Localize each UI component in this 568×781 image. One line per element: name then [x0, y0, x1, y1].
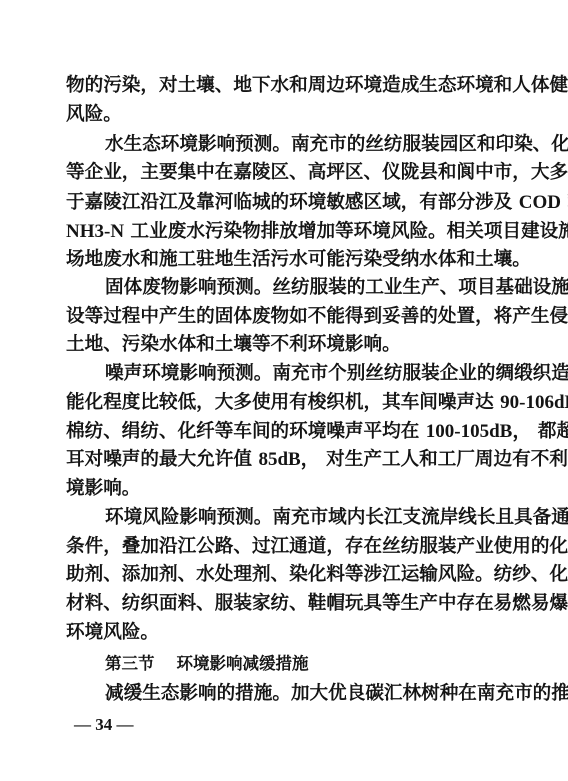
paragraph-line: 水生态环境影响预测。南充市的丝纺服装园区和印染、化纤 — [105, 133, 500, 157]
paragraph-line: 条件，叠加沿江公路、过江通道，存在丝纺服装产业使用的化工 — [66, 535, 500, 559]
line-text: 都超过人 — [538, 421, 568, 442]
line-text: 能化程度比较低，大多使用有梭织机，其车间噪声达 — [66, 392, 494, 413]
paragraph-line: 场地废水和施工驻地生活污水可能污染受纳水体和土壤。 — [66, 248, 531, 272]
line-text: 耳对噪声的最大允许值 — [66, 449, 252, 470]
paragraph-line: 等企业，主要集中在嘉陵区、高坪区、仪陇县和阆中市，大多位 — [66, 161, 500, 185]
term-noise-range-2: 100-105dB， — [426, 421, 532, 442]
paragraph-line: 材料、纺织面料、服装家纺、鞋帽玩具等生产中存在易燃易爆的 — [66, 592, 500, 616]
line-text: 对生产工人和工厂周边有不利的环 — [326, 449, 568, 470]
paragraph-line: 耳对噪声的最大允许值 85dB， 对生产工人和工厂周边有不利的环 — [66, 448, 500, 472]
line-text: 于嘉陵江沿江及靠河临城的环境敏感区域，有部分涉及 — [66, 192, 512, 213]
line-text: 棉纺、绢纺、化纤等车间的环境噪声平均在 — [66, 421, 419, 442]
paragraph-line: 境影响。 — [66, 477, 140, 501]
paragraph-line: 环境风险。 — [66, 621, 159, 645]
section-number: 第三节 — [105, 654, 155, 673]
document-page: 物的污染，对土壤、地下水和周边环境造成生态环境和人体健康 风险。 水生态环境影响… — [0, 0, 568, 781]
paragraph-line: 能化程度比较低，大多使用有梭织机，其车间噪声达 90-106dB； — [66, 391, 500, 415]
page-number: — 34 — — [74, 714, 134, 736]
paragraph-line: NH3-N 工业废水污染物排放增加等环境风险。相关项目建设施工 — [66, 220, 500, 244]
section-title: 环境影响减缓措施 — [177, 654, 309, 673]
line-text: 工业废水污染物排放增加等环境风险。相关项目建设施工 — [131, 221, 568, 242]
paragraph-line: 风险。 — [66, 103, 122, 127]
paragraph-line: 于嘉陵江沿江及靠河临城的环境敏感区域，有部分涉及 COD 和 — [66, 191, 500, 215]
section-heading: 第三节环境影响减缓措施 — [105, 652, 309, 676]
paragraph-line: 环境风险影响预测。南充市域内长江支流岸线长且具备通航 — [105, 506, 500, 530]
paragraph-line: 设等过程中产生的固体废物如不能得到妥善的处置，将产生侵占 — [66, 305, 500, 329]
term-nh3n: NH3-N — [66, 221, 124, 242]
paragraph-line: 减缓生态影响的措施。加大优良碳汇林树种在南充市的推广 — [105, 682, 500, 706]
paragraph-line: 棉纺、绢纺、化纤等车间的环境噪声平均在 100-105dB， 都超过人 — [66, 420, 500, 444]
term-cod: COD — [519, 192, 561, 213]
paragraph-line: 土地、污染水体和土壤等不利环境影响。 — [66, 333, 401, 357]
paragraph-line: 噪声环境影响预测。南充市个别丝纺服装企业的绸缎织造智 — [105, 362, 500, 386]
term-noise-limit: 85dB， — [258, 449, 319, 470]
term-noise-range-1: 90-106dB； — [500, 392, 568, 413]
paragraph-line: 固体废物影响预测。丝纺服装的工业生产、项目基础设施建 — [105, 276, 500, 300]
paragraph-line: 助剂、添加剂、水处理剂、染化料等涉江运输风险。纺纱、化纤 — [66, 563, 500, 587]
paragraph-line: 物的污染，对土壤、地下水和周边环境造成生态环境和人体健康 — [66, 74, 500, 98]
